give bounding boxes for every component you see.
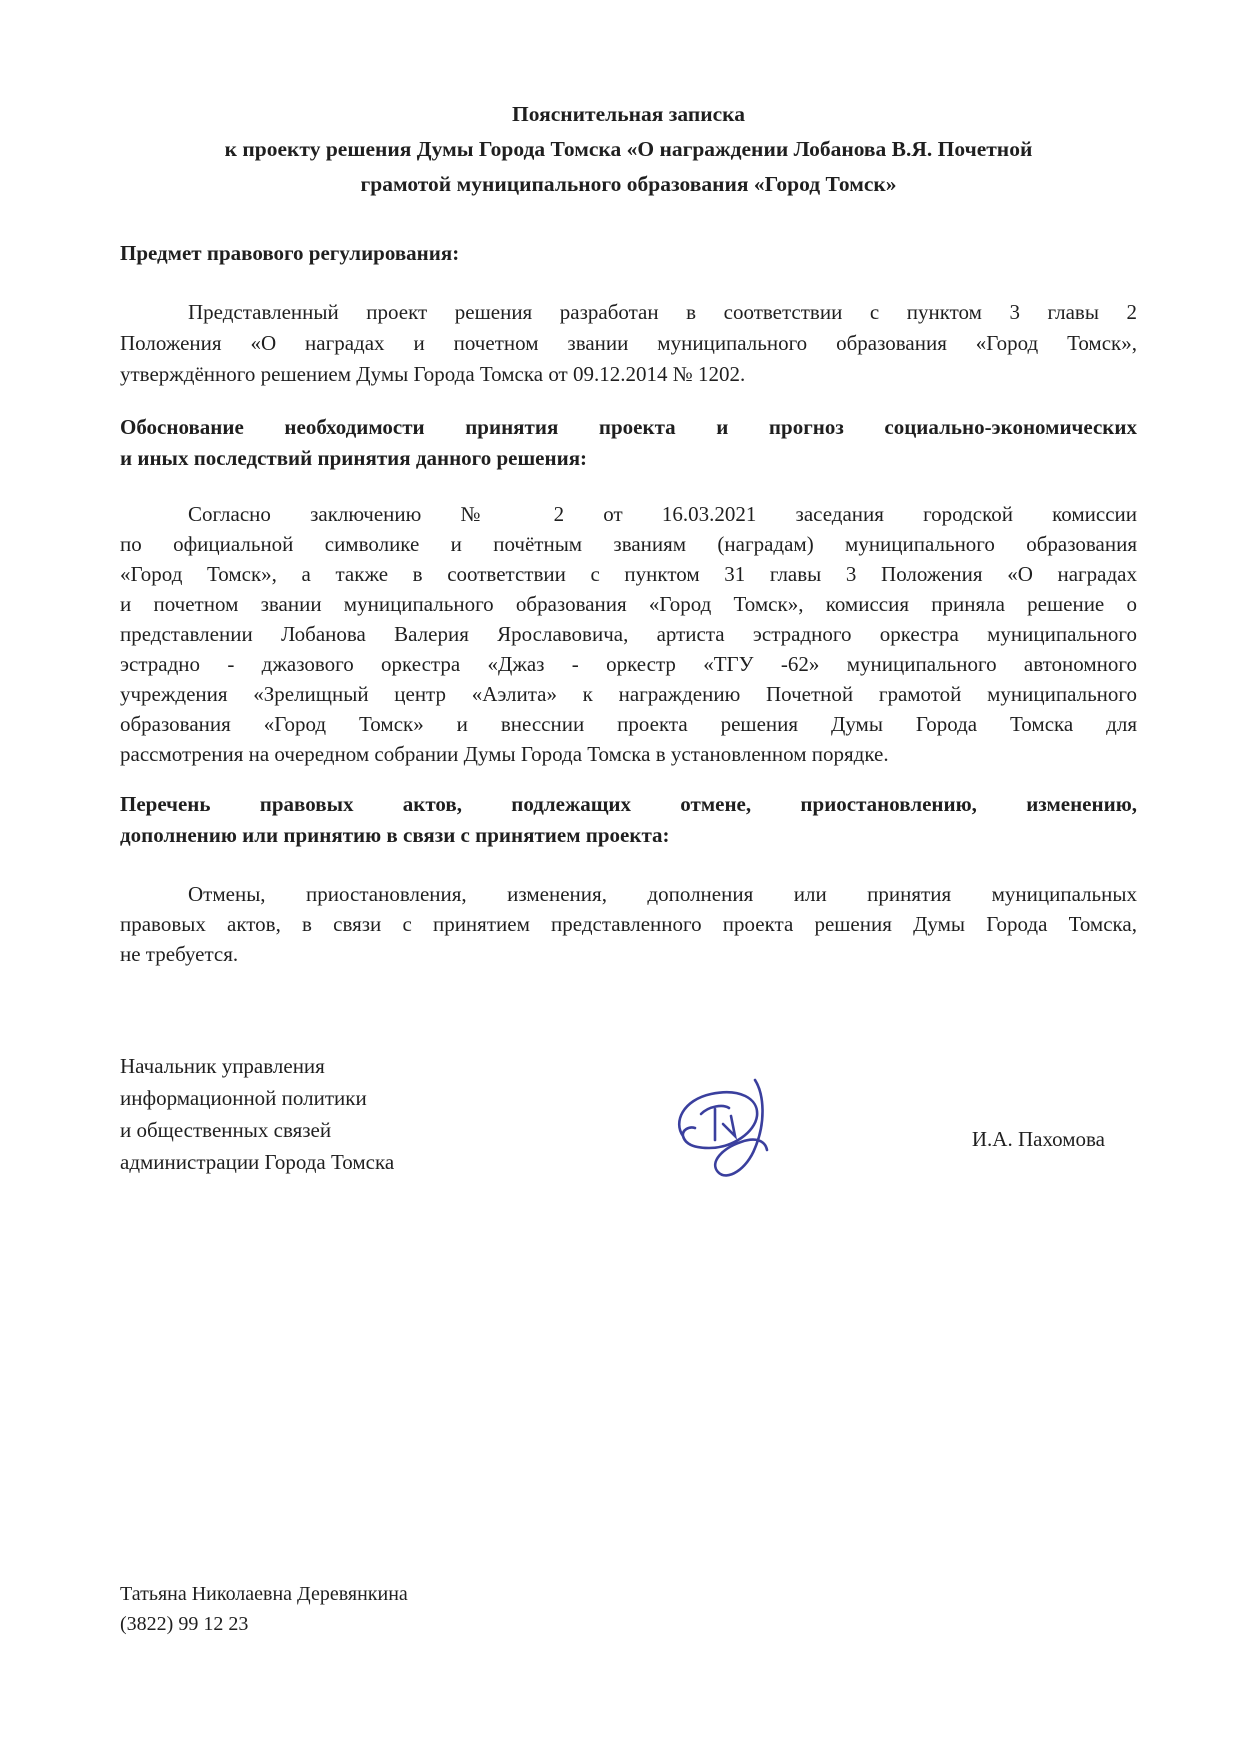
para-line: учреждения «Зрелищный центр «Аэлита» к н… <box>120 679 1137 709</box>
section-heading-acts-list: Перечень правовых актов, подлежащих отме… <box>120 789 1137 851</box>
para-line: рассмотрения на очередном собрании Думы … <box>120 739 1137 769</box>
contact-person: Татьяна Николаевна Деревянкина <box>120 1579 1137 1609</box>
heading-line: Перечень правовых актов, подлежащих отме… <box>120 789 1137 820</box>
para-line: утверждённого решением Думы Города Томск… <box>120 359 1137 390</box>
title-line: грамотой муниципального образования «Гор… <box>120 167 1137 202</box>
para-line: не требуется. <box>120 939 1137 969</box>
contact-phone: (3822) 99 12 23 <box>120 1609 1137 1639</box>
paragraph-acts-list: Отмены, приостановления, изменения, допо… <box>120 879 1137 969</box>
document-content: Пояснительная записка к проекту решения … <box>0 0 1240 1639</box>
para-line: по официальной символике и почётным зван… <box>120 529 1137 559</box>
heading-line: дополнению или принятию в связи с принят… <box>120 820 1137 851</box>
para-line: эстрадно - джазового оркестра «Джаз - ор… <box>120 649 1137 679</box>
para-line: образования «Город Томск» и внесснии про… <box>120 709 1137 739</box>
title-line: Пояснительная записка <box>120 97 1137 132</box>
para-line: Представленный проект решения разработан… <box>120 297 1137 328</box>
para-line: Согласно заключению № 2 от 16.03.2021 за… <box>120 499 1137 529</box>
heading-line: и иных последствий принятия данного реше… <box>120 443 1137 474</box>
heading-line: Предмет правового регулирования: <box>120 240 1137 266</box>
document-page: Пояснительная записка к проекту решения … <box>0 0 1240 1753</box>
para-line: и почетном звании муниципального образов… <box>120 589 1137 619</box>
paragraph-subject: Представленный проект решения разработан… <box>120 297 1137 390</box>
signature-row: Начальник управления информационной поли… <box>120 1050 1137 1180</box>
para-line: представлении Лобанова Валерия Ярославов… <box>120 619 1137 649</box>
section-heading-justification: Обоснование необходимости принятия проек… <box>120 412 1137 474</box>
para-line: Отмены, приостановления, изменения, допо… <box>120 879 1137 909</box>
signer-position-line: информационной политики <box>120 1082 1137 1114</box>
title-line: к проекту решения Думы Города Томска «О … <box>120 132 1137 167</box>
contact-block: Татьяна Николаевна Деревянкина (3822) 99… <box>120 1579 1137 1639</box>
handwritten-signature-icon <box>665 1072 797 1194</box>
section-heading-subject: Предмет правового регулирования: <box>120 240 1137 266</box>
signer-position-block: Начальник управления информационной поли… <box>120 1050 1137 1178</box>
signer-name: И.А. Пахомова <box>972 1127 1105 1152</box>
para-line: правовых актов, в связи с принятием пред… <box>120 909 1137 939</box>
heading-line: Обоснование необходимости принятия проек… <box>120 412 1137 443</box>
para-line: «Город Томск», а также в соответствии с … <box>120 559 1137 589</box>
paragraph-justification: Согласно заключению № 2 от 16.03.2021 за… <box>120 499 1137 769</box>
document-title: Пояснительная записка к проекту решения … <box>120 97 1137 202</box>
signer-position-line: Начальник управления <box>120 1050 1137 1082</box>
para-line: Положения «О наградах и почетном звании … <box>120 328 1137 359</box>
